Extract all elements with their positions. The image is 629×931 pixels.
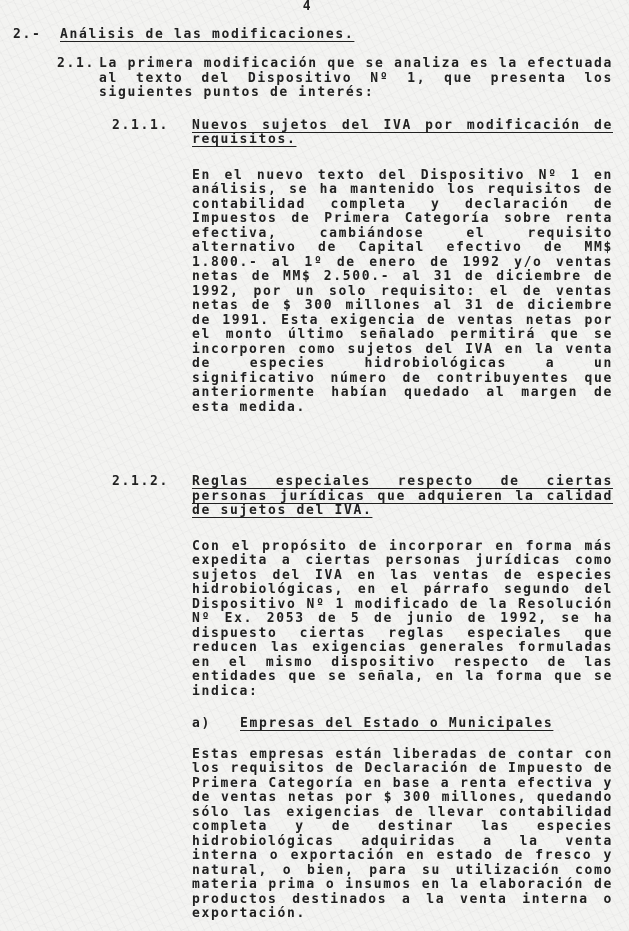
subsection-2-1-paragraph: La primera modificación que se analiza e…	[99, 57, 613, 101]
item-a-heading: a) Empresas del Estado o Municipales	[192, 717, 629, 732]
subsection-2-1-1-heading: 2.1.1. Nuevos sujetos del IVA por modifi…	[112, 119, 629, 148]
subsection-2-1-1-label: 2.1.1.	[112, 119, 192, 134]
subsection-2-1-2-title: Reglas especiales respecto de ciertas pe…	[192, 474, 613, 518]
subsection-2-1-1-paragraph: En el nuevo texto del Dispositivo Nº 1 e…	[192, 169, 613, 416]
subsection-2-1-1-title: Nuevos sujetos del IVA por modificación …	[192, 118, 613, 148]
page-number: 4	[0, 0, 629, 15]
subsection-2-1-2-title-wrap: Reglas especiales respecto de ciertas pe…	[192, 475, 613, 519]
subsection-2-1-2-heading: 2.1.2. Reglas especiales respecto de cie…	[112, 475, 629, 519]
subsection-2-1-2-label: 2.1.2.	[112, 475, 192, 490]
subsection-2-1: 2.1. La primera modificación que se anal…	[57, 57, 629, 101]
section-2-title: Análisis de las modificaciones.	[60, 27, 354, 42]
item-a-label: a)	[192, 717, 240, 732]
section-2-label: 2.-	[13, 28, 60, 43]
subsection-2-1-1-title-wrap: Nuevos sujetos del IVA por modificación …	[192, 119, 613, 148]
document-page: 4 2.- Análisis de las modificaciones. 2.…	[0, 0, 629, 931]
subsection-2-1-label: 2.1.	[57, 57, 99, 72]
item-a-title: Empresas del Estado o Municipales	[240, 716, 553, 731]
section-2-title-wrap: Análisis de las modificaciones.	[60, 28, 354, 43]
item-a-paragraph: Estas empresas están liberadas de contar…	[192, 748, 613, 922]
item-a-title-wrap: Empresas del Estado o Municipales	[240, 717, 553, 732]
subsection-2-1-2-paragraph: Con el propósito de incorporar en forma …	[192, 540, 613, 700]
section-2-heading: 2.- Análisis de las modificaciones.	[13, 28, 629, 43]
